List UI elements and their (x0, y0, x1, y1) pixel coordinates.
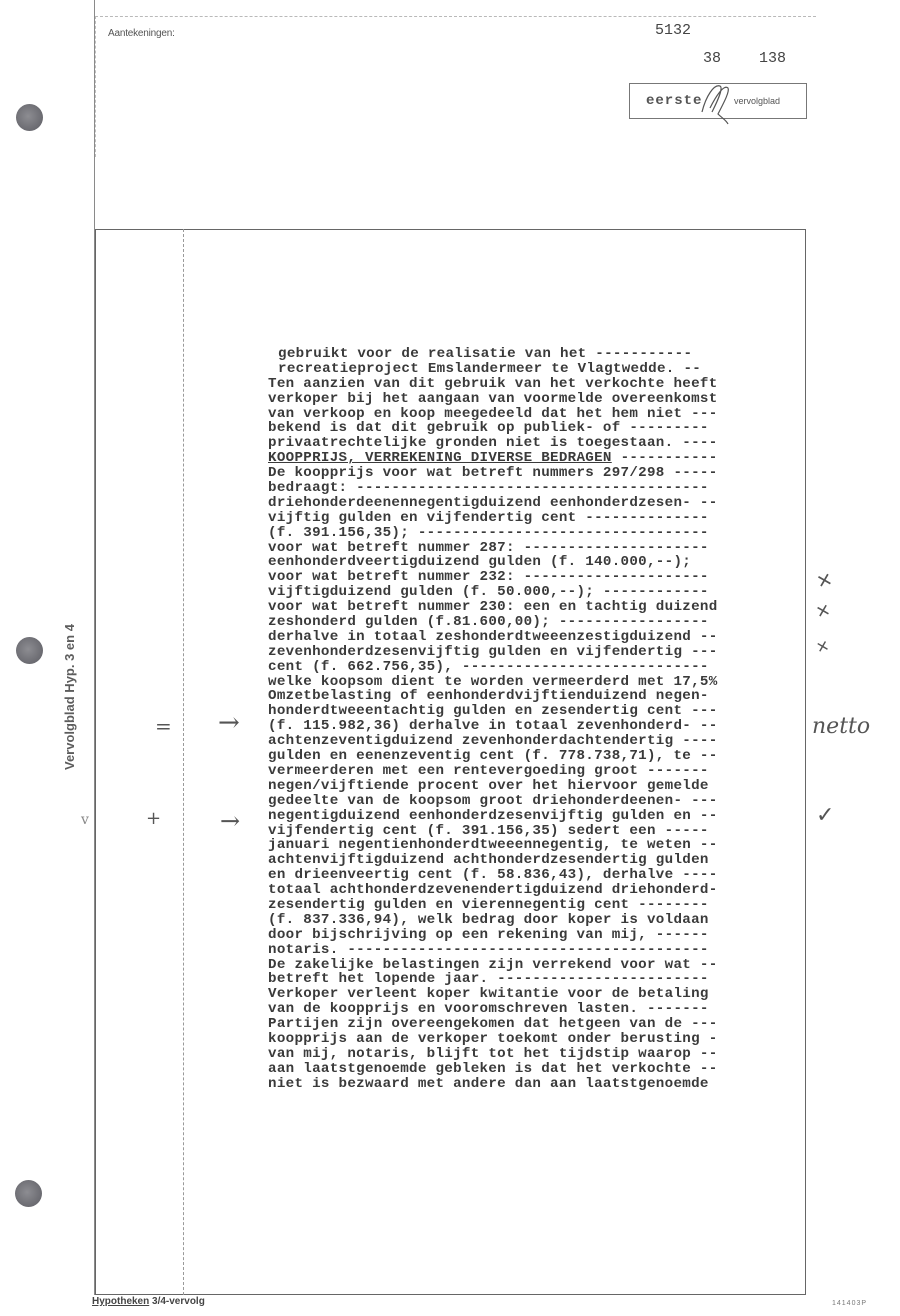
text-line: niet is bezwaard met andere dan aan laat… (268, 1077, 808, 1092)
text-line: welke koopsom dient te worden vermeerder… (268, 675, 808, 690)
text-line: Ten aanzien van dit gebruik van het verk… (268, 377, 808, 392)
text-line: vijftigduizend gulden (f. 50.000,--); --… (268, 585, 808, 600)
text-line: bedraagt: ------------------------------… (268, 481, 808, 496)
text-line: vijftig gulden en vijfendertig cent ----… (268, 511, 808, 526)
register-number: 5132 (655, 22, 691, 39)
text-line: recreatieproject Emslandermeer te Vlagtw… (268, 362, 808, 377)
deed-body-text: gebruikt voor de realisatie van het ----… (268, 347, 808, 1092)
text-line: zeshonderd gulden (f.81.600,00); -------… (268, 615, 808, 630)
text-line: januari negentienhonderdtweeennegentig, … (268, 838, 808, 853)
cross-mark-3: + (811, 634, 835, 660)
text-line: zesendertig gulden en vierennegentig cen… (268, 898, 808, 913)
text-line: van mij, notaris, blijft tot het tijdsti… (268, 1047, 808, 1062)
section-heading-line: KOOPPRIJS, VERREKENING DIVERSE BEDRAGEN … (268, 451, 808, 466)
text-line: koopprijs aan de verkoper toekomt onder … (268, 1032, 808, 1047)
text-line: Verkoper verleent koper kwitantie voor d… (268, 987, 808, 1002)
v-mark: v (81, 812, 89, 828)
cross-mark-2: + (810, 595, 837, 624)
text-line: gebruikt voor de realisatie van het ----… (268, 347, 808, 362)
stamp-printed-text: vervolgblad (734, 96, 780, 106)
text-line: voor wat betreft nummer 232: -----------… (268, 570, 808, 585)
form-code: 141403P (832, 1300, 867, 1307)
vertical-form-label-text: Vervolgblad Hyp. 3 en 4 (62, 624, 77, 770)
text-line: totaal achthonderdzevenendertigduizend d… (268, 883, 808, 898)
text-line: eenhonderdveertigduizend gulden (f. 140.… (268, 555, 808, 570)
text-line: door bijschrijving op een rekening van m… (268, 928, 808, 943)
form-name-rest: 3/4-vervolg (149, 1296, 205, 1307)
text-line: zevenhonderdzesenvijftig gulden en vijfe… (268, 645, 808, 660)
vertical-form-label: Vervolgblad Hyp. 3 en 4 (62, 770, 78, 990)
text-line: van de koopprijs en vooromschreven laste… (268, 1002, 808, 1017)
text-line: (f. 391.156,35); -----------------------… (268, 526, 808, 541)
text-line: Omzetbelasting of eenhonderdvijftienduiz… (268, 689, 808, 704)
text-line: De koopprijs voor wat betreft nummers 29… (268, 466, 808, 481)
text-line: negentigduizend eenhonderdzesenvijftig g… (268, 809, 808, 824)
text-line: Partijen zijn overeengekomen dat hetgeen… (268, 1017, 808, 1032)
text-line: (f. 115.982,36) derhalve in totaal zeven… (268, 719, 808, 734)
text-line: verkoper bij het aangaan van voormelde o… (268, 392, 808, 407)
text-line: gulden en eenenzeventig cent (f. 778.738… (268, 749, 808, 764)
text-line: gedeelte van de koopsom groot driehonder… (268, 794, 808, 809)
text-line: voor wat betreft nummer 230: een en tach… (268, 600, 808, 615)
text-line: bekend is dat dit gebruik op publiek- of… (268, 421, 808, 436)
signature-icon (696, 78, 736, 126)
check-mark: ✓ (816, 803, 834, 828)
text-line: betreft het lopende jaar. --------------… (268, 972, 808, 987)
annotations-label: Aantekeningen: (108, 28, 175, 39)
text-line: achtenvijftigduizend achthonderdzesender… (268, 853, 808, 868)
heading-filler: ----------- (612, 451, 718, 466)
text-line: privaatrechtelijke gronden niet is toege… (268, 436, 808, 451)
text-line: notaris. -------------------------------… (268, 943, 808, 958)
text-line: en drieenveertig cent (f. 58.836,43), de… (268, 868, 808, 883)
punch-hole-top (16, 104, 43, 131)
cross-mark-1: + (810, 565, 838, 596)
deel-number: 38 (703, 50, 721, 67)
netto-note: netto (812, 714, 870, 739)
text-line: De zakelijke belastingen zijn verrekend … (268, 958, 808, 973)
text-line: honderdtweeentachtig gulden en zesendert… (268, 704, 808, 719)
inner-margin-rule (183, 229, 184, 1295)
text-line: van verkoop en koop meegedeeld dat het h… (268, 407, 808, 422)
text-line: derhalve in totaal zeshonderdtweeenzesti… (268, 630, 808, 645)
text-line: vermeerderen met een rentevergoeding gro… (268, 764, 808, 779)
punch-hole-bottom (15, 1180, 42, 1207)
text-line: cent (f. 662.756,35), ------------------… (268, 660, 808, 675)
punch-hole-middle (16, 637, 43, 664)
text-line: achtenzeventigduizend zevenhonderdachten… (268, 734, 808, 749)
form-name: Hypotheken 3/4-vervolg (92, 1296, 205, 1307)
text-line: (f. 837.336,94), welk bedrag door koper … (268, 913, 808, 928)
form-name-underlined: Hypotheken (92, 1296, 149, 1307)
text-line: driehonderdeenennegentigduizend eenhonde… (268, 496, 808, 511)
stamp-typed-text: eerste (646, 93, 702, 109)
sheet-type-stamp: eerste vervolgblad (629, 83, 807, 119)
section-heading: KOOPPRIJS, VERREKENING DIVERSE BEDRAGEN (268, 451, 612, 466)
plus-mark: + (146, 808, 161, 829)
page-number: 138 (759, 50, 786, 67)
text-line: aan laatstgenoemde gebleken is dat het v… (268, 1062, 808, 1077)
arrow-mark-2: → (220, 807, 240, 835)
text-line: voor wat betreft nummer 287: -----------… (268, 541, 808, 556)
text-line: vijfendertig cent (f. 391.156,35) sedert… (268, 824, 808, 839)
arrow-mark-1: → (218, 708, 240, 738)
equals-mark: = (155, 714, 172, 738)
text-line: negen/vijftiende procent over het hiervo… (268, 779, 808, 794)
